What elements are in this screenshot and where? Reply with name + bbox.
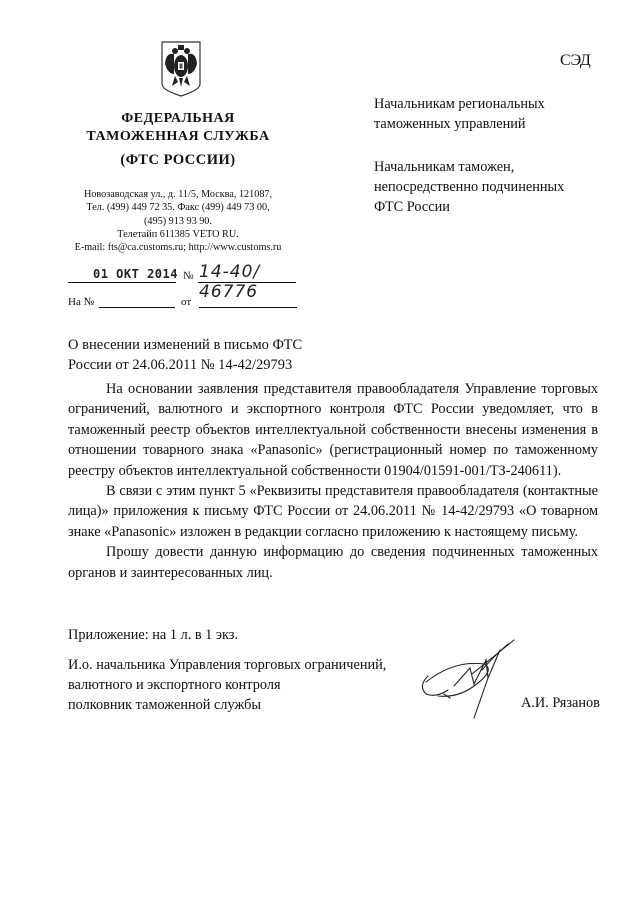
addressee-customs-heads: Начальникам таможен, непосредственно под… — [374, 157, 564, 217]
org-name-line2: ТАМОЖЕННАЯ СЛУЖБА — [64, 129, 292, 145]
org-address-block: Новозаводская ул., д. 11/5, Москва, 1210… — [64, 188, 292, 254]
reference-number-label: На № — [68, 296, 94, 308]
number-underline — [198, 282, 296, 283]
body-paragraph: В связи с этим пункт 5 «Реквизиты предст… — [68, 481, 598, 542]
coat-of-arms-emblem-icon — [160, 40, 202, 96]
phone-fax-line: Тел. (499) 449 72 35. Факс (499) 449 73 … — [64, 201, 292, 214]
email-web-line: E-mail: fts@ca.customs.ru; http://www.cu… — [64, 241, 292, 254]
sed-marker: СЭД — [560, 52, 591, 70]
signatory-title: И.о. начальника Управления торговых огра… — [68, 655, 386, 715]
body-paragraph: Прошу довести данную информацию до сведе… — [68, 542, 598, 583]
reference-date-blank — [199, 307, 297, 308]
subject-line: России от 24.06.2011 № 14-42/29793 — [68, 355, 302, 375]
reference-number-blank — [99, 307, 175, 308]
addressee-line: ФТС России — [374, 197, 564, 217]
appendix-note: Приложение: на 1 л. в 1 экз. — [68, 627, 238, 644]
signatory-name: А.И. Рязанов — [521, 695, 600, 712]
addressee-line: Начальникам таможен, — [374, 157, 564, 177]
registration-line: 01 ОКТ 2014 № 14-40/ 46776 — [68, 268, 296, 288]
org-abbreviation: (ФТС РОССИИ) — [64, 152, 292, 169]
teletype-line: Телетайп 611385 VETO RU. — [64, 228, 292, 241]
letter-subject: О внесении изменений в письмо ФТС России… — [68, 335, 302, 375]
date-underline — [68, 282, 176, 283]
org-name-line1: ФЕДЕРАЛЬНАЯ — [64, 111, 292, 127]
reference-from-label: от — [181, 296, 191, 308]
date-stamp: 01 ОКТ 2014 — [93, 267, 178, 281]
signatory-title-line: валютного и экспортного контроля — [68, 675, 386, 695]
phone-line: (495) 913 93 90. — [64, 215, 292, 228]
letter-body: На основании заявления представителя пра… — [68, 379, 598, 583]
addressee-line: непосредственно подчиненных — [374, 177, 564, 197]
subject-line: О внесении изменений в письмо ФТС — [68, 335, 302, 355]
signatory-title-line: полковник таможенной службы — [68, 695, 386, 715]
addressee-line: Начальникам региональных — [374, 94, 545, 114]
signatory-title-line: И.о. начальника Управления торговых огра… — [68, 655, 386, 675]
number-sign: № — [183, 270, 194, 282]
addressee-line: таможенных управлений — [374, 114, 545, 134]
body-paragraph: На основании заявления представителя пра… — [68, 379, 598, 481]
reference-line: На № от — [68, 296, 296, 312]
address-line: Новозаводская ул., д. 11/5, Москва, 1210… — [64, 188, 292, 201]
addressee-regional-directorates: Начальникам региональных таможенных упра… — [374, 94, 545, 134]
